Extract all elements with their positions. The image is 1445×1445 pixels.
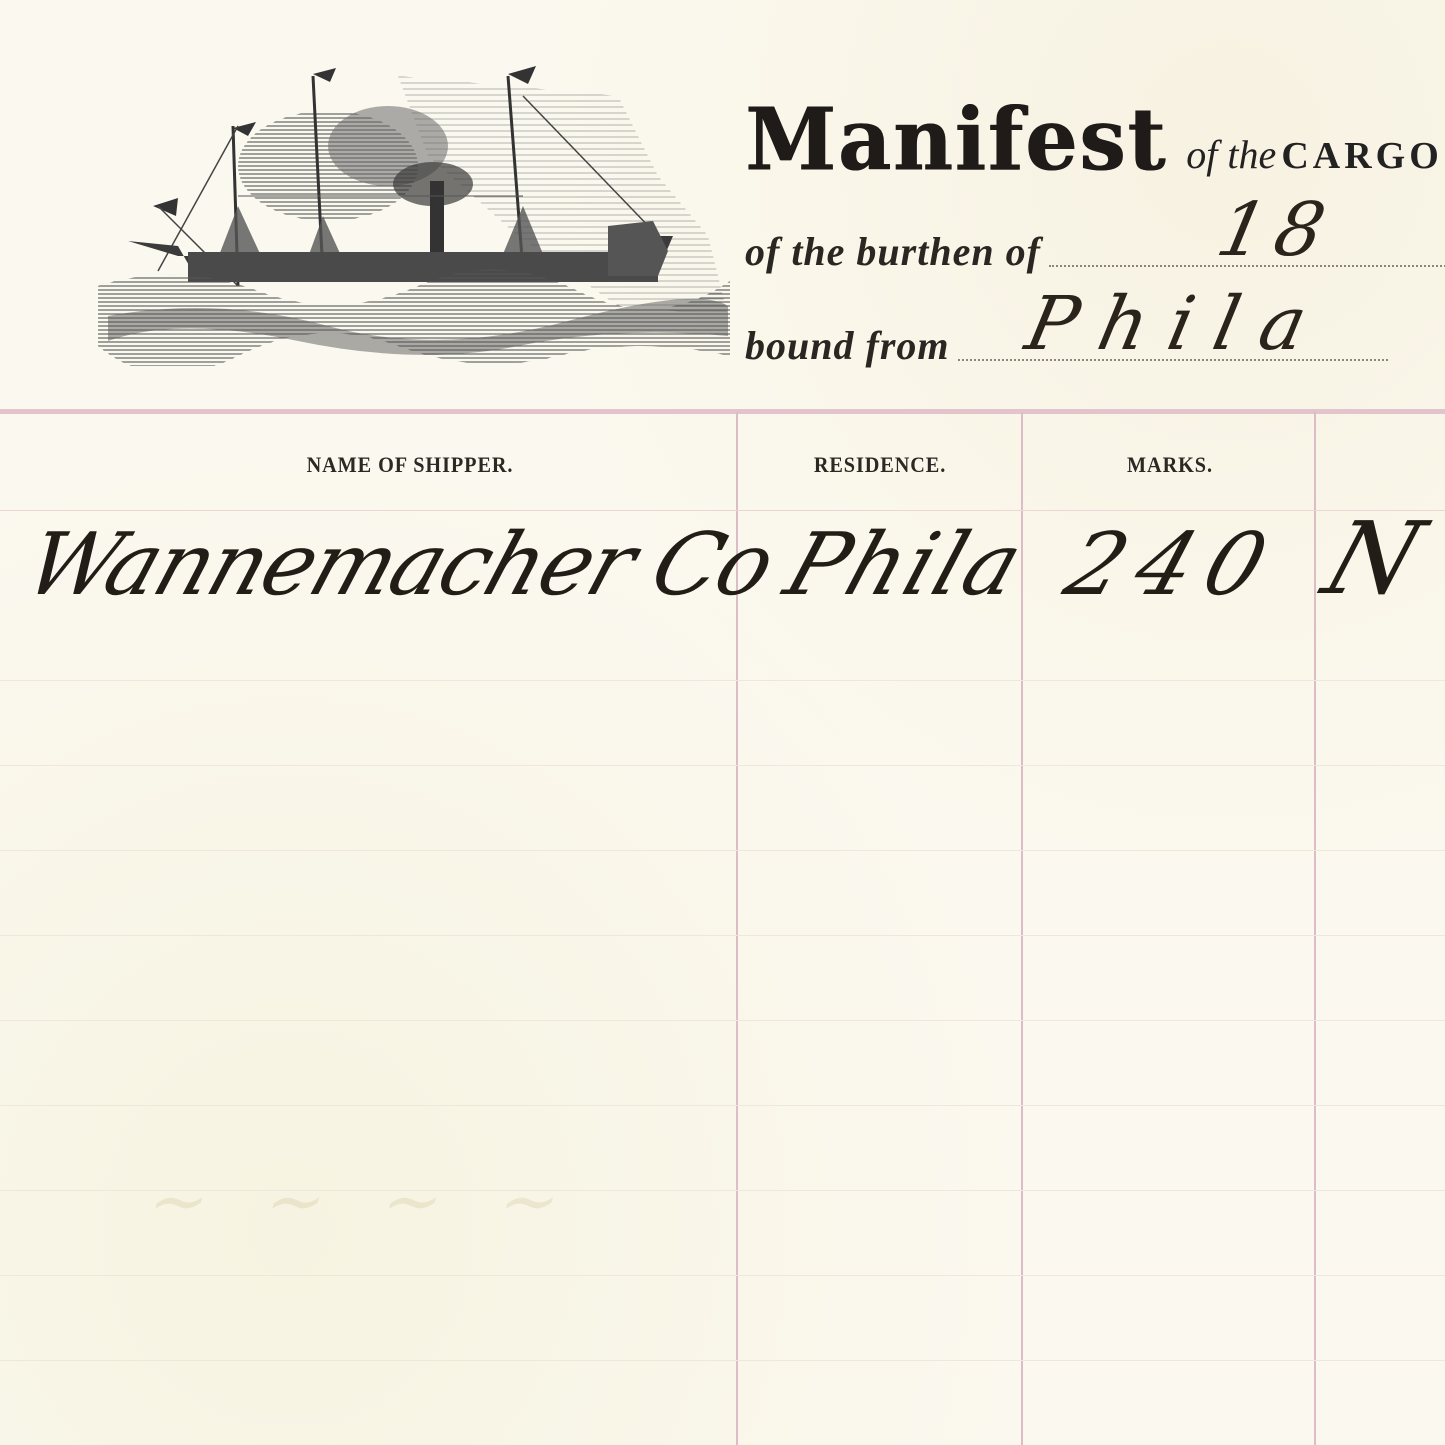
ruled-line <box>0 1020 1445 1021</box>
column-divider-2 <box>1021 412 1023 1445</box>
burthen-label: of the burthen of <box>745 228 1041 275</box>
burthen-field: of the burthen of 18 <box>745 228 1445 275</box>
bound-from-value: Phila <box>1018 281 1335 367</box>
document-title: Manifest of the CARGO <box>745 92 1443 188</box>
title-cargo: CARGO <box>1281 135 1442 177</box>
ruled-line <box>0 1105 1445 1106</box>
bound-from-label: bound from <box>745 322 950 369</box>
title-of-the: of the <box>1186 132 1276 177</box>
ruled-line <box>0 680 1445 681</box>
bound-from-field: bound from Phila <box>745 322 1388 369</box>
column-header-residence: RESIDENCE. <box>751 452 1009 478</box>
burthen-value: 18 <box>1210 187 1342 273</box>
bleed-through-mark: ~ ~ ~ ~ <box>139 1160 588 1242</box>
header-bottom-rule <box>0 510 1445 511</box>
shipper-cell: Wannemacher Co <box>14 515 786 615</box>
column-header-marks: MARKS. <box>1037 452 1304 478</box>
manifest-heading: Manifest <box>745 90 1167 191</box>
bound-from-dotted-line: Phila <box>958 359 1388 361</box>
marks-cell: 240 <box>1054 515 1293 615</box>
burthen-dotted-line: 18 <box>1049 265 1445 267</box>
column-header-shipper: NAME OF SHIPPER. <box>180 452 640 478</box>
ruled-line <box>0 1360 1445 1361</box>
ruled-line <box>0 935 1445 936</box>
ruled-line <box>0 850 1445 851</box>
ruled-line <box>0 765 1445 766</box>
steamship-engraving-icon <box>98 56 730 366</box>
residence-cell: Phila <box>774 515 1036 615</box>
ruled-line <box>0 1275 1445 1276</box>
column-divider-3 <box>1314 412 1316 1445</box>
table-top-rule <box>0 409 1445 414</box>
